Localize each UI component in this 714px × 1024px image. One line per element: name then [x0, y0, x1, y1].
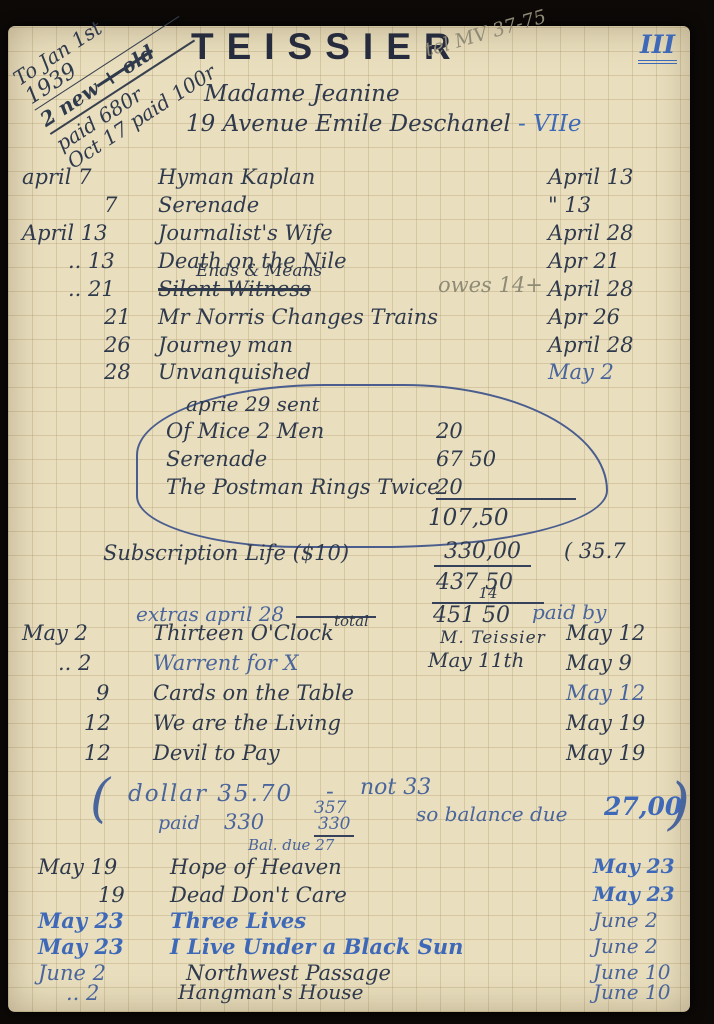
address-arrondissement: - VIIe [518, 111, 581, 137]
book-title: Serenade [158, 194, 259, 216]
date-returned: Apr 21 [548, 250, 620, 272]
borrow-row: .. 2 Hangman's House June 10 [8, 982, 690, 1009]
circle-item-title: The Postman Rings Twice [166, 476, 440, 498]
borrow-row: 19 Dead Don't Care May 23 [8, 884, 690, 911]
address-street: 19 Avenue Emile Deschanel [186, 111, 511, 137]
date-out: May 23 [38, 910, 166, 932]
book-title: Cards on the Table [153, 682, 354, 704]
telephone-note: tel MV 37-75 [423, 8, 549, 62]
date-out: .. 2 [66, 982, 194, 1004]
close-paren: ) [668, 776, 690, 835]
date-returned: Apr 26 [548, 306, 620, 328]
borrow-row: .. 13 Death on the Nile Apr 21 [8, 250, 690, 277]
paid-label: paid [158, 814, 200, 834]
date-out: May 23 [38, 936, 166, 958]
date-out: April 13 [22, 222, 150, 244]
book-title: Journalist's Wife [158, 222, 333, 244]
book-title: Journey man [158, 334, 293, 356]
borrow-row: 21 Mr Norris Changes Trains Apr 26 [8, 306, 690, 333]
subscription-label: Subscription Life ($10) [103, 542, 349, 564]
book-title: Unvanquished [158, 361, 311, 383]
borrow-row: May 23 I Live Under a Black Sun June 2 [8, 936, 690, 963]
borrow-row: 9 Cards on the Table May 12 [8, 682, 690, 709]
borrow-row: 7 Serenade " 13 [8, 194, 690, 221]
date-returned: April 28 [548, 278, 633, 300]
date-returned: June 2 [593, 910, 658, 931]
borrow-row: May 19 Hope of Heaven May 23 [8, 856, 690, 883]
date-returned: April 28 [548, 334, 633, 356]
card-number: III [638, 30, 677, 64]
date-out: May 2 [22, 622, 142, 644]
book-title-struck: Silent Witness [158, 278, 311, 300]
date-out: april 7 [22, 166, 150, 188]
book-title: Thirteen O'Clock [153, 622, 334, 644]
corner-subscription-notes: To Jan 1st 1939 2 new + old paid 680r Oc… [10, 0, 220, 173]
book-title: Three Lives [170, 910, 306, 932]
holder-name: Madame Jeanine [204, 82, 400, 106]
photographed-library-card-page: { "ink_colors": { "dark": "#303a4d", "bl… [0, 0, 714, 1024]
date-returned: May 12 [566, 682, 645, 704]
book-title: Mr Norris Changes Trains [158, 306, 438, 328]
circle-heading: aprie 29 sent [186, 394, 320, 415]
card-surname: TEISSIER [191, 26, 464, 68]
date-returned: April 13 [548, 166, 633, 188]
date-out: May 19 [38, 856, 166, 878]
borrow-row: May 23 Three Lives June 2 [8, 910, 690, 937]
date-returned: April 28 [548, 222, 633, 244]
paid-amount: 330 [224, 811, 264, 833]
so-balance-due-label: so balance due [416, 804, 568, 825]
date-returned: May 23 [593, 856, 675, 877]
book-title: We are the Living [153, 712, 341, 734]
borrow-row: April 13 Journalist's Wife April 28 [8, 222, 690, 249]
circle-item-amount: 20 [436, 420, 463, 442]
paid-by-label: paid by [532, 602, 606, 623]
book-title: Hyman Kaplan [158, 166, 315, 188]
open-paren: ( [90, 772, 110, 827]
dollar-rate: dollar 35.70 [128, 782, 293, 806]
borrow-row: april 7 Hyman Kaplan April 13 [8, 166, 690, 193]
subscription-side-note: ( 35.7 [564, 540, 626, 562]
date-returned: May 9 [566, 652, 632, 674]
book-title: I Live Under a Black Sun [170, 936, 463, 958]
balance-due-small: Bal. due 27 [248, 838, 334, 854]
book-title: Warrent for X [153, 652, 299, 674]
circle-item-amount: 20 [436, 476, 576, 500]
date-returned: May 2 [548, 361, 614, 383]
library-card: TEISSIER tel MV 37-75 III To Jan 1st 193… [8, 26, 690, 1012]
date-returned: May 19 [566, 712, 645, 734]
owes-note: owes 14+ [438, 274, 543, 296]
book-title: Dead Don't Care [170, 884, 347, 906]
borrow-row: .. 2 Warrent for X May 9 [8, 652, 690, 679]
date-returned: May 12 [566, 622, 645, 644]
date-out: June 2 [38, 962, 166, 984]
borrow-row: 12 Devil to Pay May 19 [8, 742, 690, 769]
date-returned: June 2 [593, 936, 658, 957]
circle-item-amount: 67 50 [436, 448, 496, 470]
borrow-row: .. 21 Ends & Means Silent Witness owes 1… [8, 278, 690, 305]
date-returned: June 10 [593, 982, 670, 1003]
book-title: Hangman's House [178, 982, 363, 1003]
holder-address: 19 Avenue Emile Deschanel - VIIe [186, 112, 581, 136]
borrow-row: 26 Journey man April 28 [8, 334, 690, 361]
circle-item-title: Of Mice 2 Men [166, 420, 324, 442]
subtraction-bottom: 330 [314, 816, 354, 837]
not-33-note: not 33 [360, 776, 431, 799]
extras-carry: 14 [432, 586, 544, 604]
borrow-row: 12 We are the Living May 19 [8, 712, 690, 739]
borrow-row: May 2 Thirteen O'Clock May 12 [8, 622, 690, 649]
circle-total: 107,50 [428, 506, 508, 530]
date-returned: May 23 [593, 884, 675, 905]
book-title: Hope of Heaven [170, 856, 342, 878]
subscription-amount: 330,00 [434, 540, 531, 567]
date-returned: May 19 [566, 742, 645, 764]
circle-item-title: Serenade [166, 448, 267, 470]
book-title: Devil to Pay [153, 742, 280, 764]
date-returned: " 13 [548, 194, 591, 216]
